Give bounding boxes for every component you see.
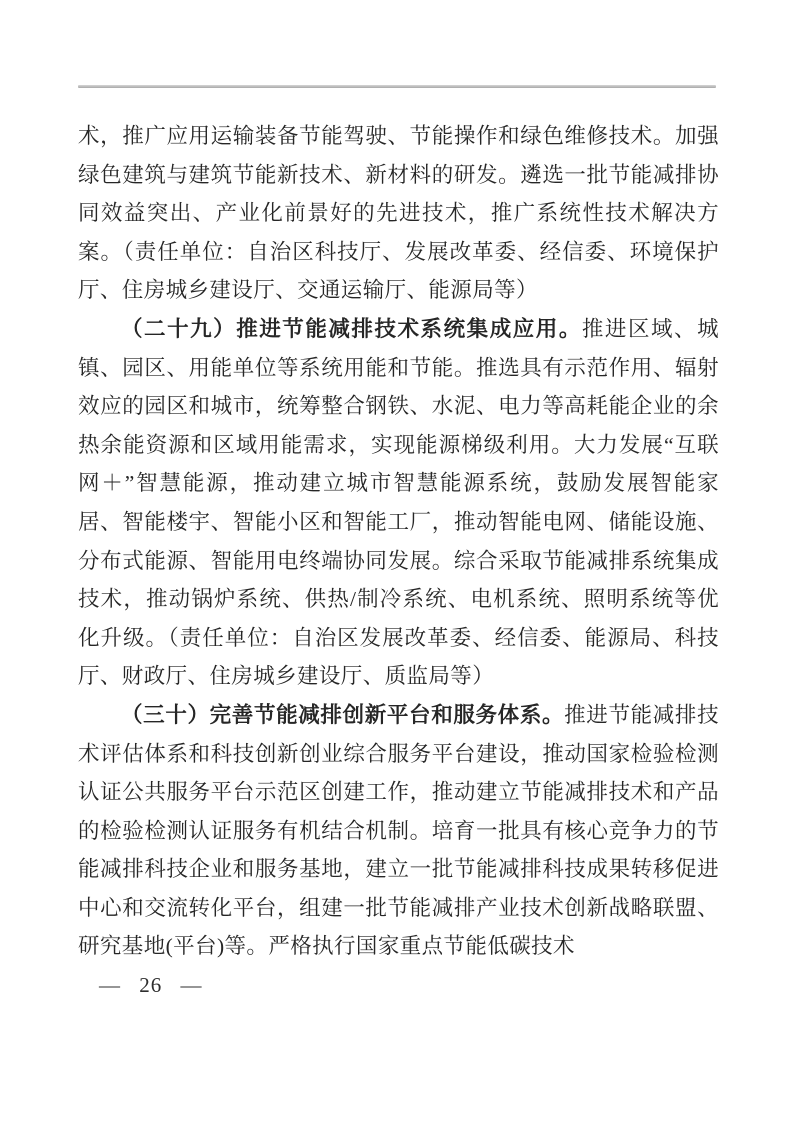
header-divider (78, 85, 716, 88)
document-body: 术，推广应用运输装备节能驾驶、节能操作和绿色维修技术。加强绿色建筑与建筑节能新技… (78, 117, 719, 966)
page-number: — 26 — (99, 973, 203, 998)
paragraph-text: 术，推广应用运输装备节能驾驶、节能操作和绿色维修技术。加强绿色建筑与建筑节能新技… (78, 124, 719, 302)
paragraph-section-30: （三十）完善节能减排创新平台和服务体系。推进节能减排技术评估体系和科技创新创业综… (78, 696, 719, 966)
document-page: 术，推广应用运输装备节能驾驶、节能操作和绿色维修技术。加强绿色建筑与建筑节能新技… (0, 0, 793, 1122)
section-heading: （三十）完善节能减排创新平台和服务体系。 (121, 703, 564, 727)
section-heading: （二十九）推进节能减排技术系统集成应用。 (121, 317, 582, 341)
paragraph-continuation: 术，推广应用运输装备节能驾驶、节能操作和绿色维修技术。加强绿色建筑与建筑节能新技… (78, 117, 719, 310)
paragraph-text: 推进节能减排技术评估体系和科技创新创业综合服务平台建设，推动国家检验检测认证公共… (78, 703, 719, 959)
paragraph-text: 推进区域、城镇、园区、用能单位等系统用能和节能。推选具有示范作用、辐射效应的园区… (78, 317, 719, 688)
paragraph-section-29: （二十九）推进节能减排技术系统集成应用。推进区域、城镇、园区、用能单位等系统用能… (78, 310, 719, 696)
